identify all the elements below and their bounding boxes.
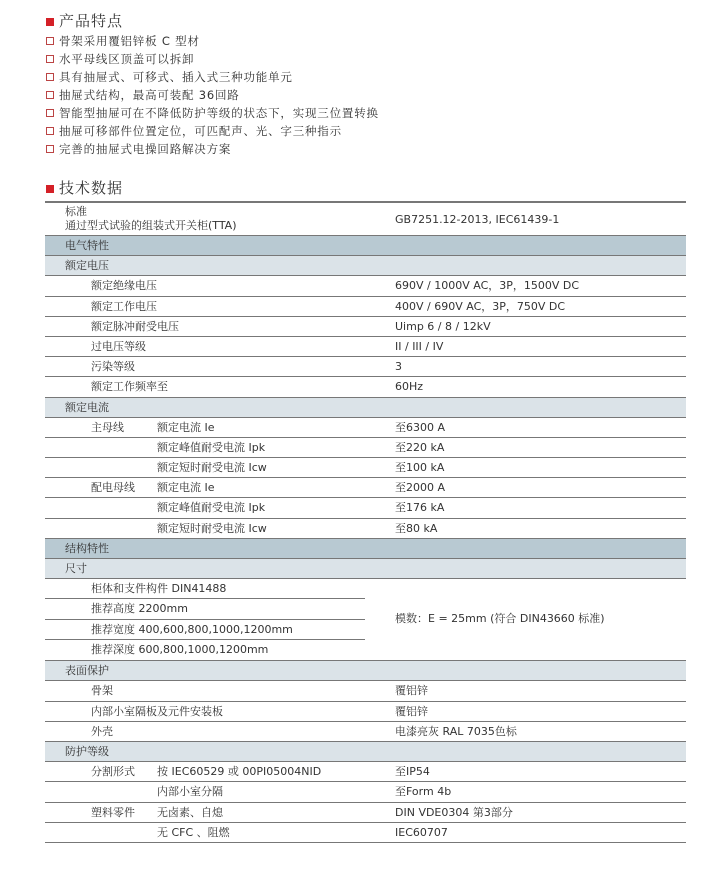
feature-item: 完善的抽屉式电操回路解决方案	[46, 140, 379, 158]
row-label: 骨架	[91, 681, 113, 700]
row-label: 额定电流 Ie	[157, 478, 215, 497]
checkbox-bullet-icon	[46, 109, 54, 117]
feature-text: 水平母线区顶盖可以拆卸	[59, 50, 194, 68]
row-group: 分割形式	[91, 762, 135, 781]
row-value: 至176 kA	[395, 498, 444, 517]
table-row: 额定短时耐受电流 Icw至100 kA	[45, 458, 686, 478]
row-value: 60Hz	[395, 377, 423, 396]
table-row: 配电母线额定电流 Ie至2000 A	[45, 478, 686, 498]
row-label: 过电压等级	[91, 337, 146, 356]
table-row: 额定工作频率至60Hz	[45, 377, 686, 397]
checkbox-bullet-icon	[46, 37, 54, 45]
features-list: 骨架采用覆铝锌板 C 型材水平母线区顶盖可以拆卸具有抽屉式、可移式、插入式三种功…	[46, 32, 379, 158]
table-row: 额定绝缘电压690V / 1000V AC，3P，1500V DC	[45, 276, 686, 296]
row-value: 至80 kA	[395, 519, 437, 538]
row-label: 内部小室分隔	[157, 782, 223, 801]
table-row: 内部小室隔板及元件安装板覆铝锌	[45, 702, 686, 722]
row-value: Uimp 6 / 8 / 12kV	[395, 317, 491, 336]
feature-text: 智能型抽屉可在不降低防护等级的状态下，实现三位置转换	[59, 104, 379, 122]
dimension-label: 推荐高度 2200mm	[91, 599, 188, 618]
subcategory-protection: 防护等级	[45, 742, 686, 762]
row-label: 额定短时耐受电流 Icw	[157, 458, 267, 477]
feature-text: 骨架采用覆铝锌板 C 型材	[59, 32, 200, 50]
red-square-icon	[46, 185, 54, 193]
row-value: 电漆亮灰 RAL 7035色标	[395, 722, 517, 741]
row-label: 额定峰值耐受电流 Ipk	[157, 498, 265, 517]
table-row: 主母线额定电流 Ie至6300 A	[45, 418, 686, 438]
row-value: IEC60707	[395, 823, 448, 842]
subcategory-dimensions: 尺寸	[45, 559, 686, 579]
row-label: 无卤素、自熄	[157, 803, 223, 822]
checkbox-bullet-icon	[46, 91, 54, 99]
table-row: 外壳电漆亮灰 RAL 7035色标	[45, 722, 686, 742]
tech-data-table: 标准 通过型式试验的组装式开关柜(TTA) GB7251.12-2013, IE…	[45, 201, 686, 843]
row-label: 额定峰值耐受电流 Ipk	[157, 438, 265, 457]
row-group: 主母线	[91, 418, 124, 437]
row-group: 塑料零件	[91, 803, 135, 822]
row-value: 至IP54	[395, 762, 430, 781]
row-value: 覆铝锌	[395, 681, 428, 700]
table-row: 过电压等级II / III / IV	[45, 337, 686, 357]
subcategory-voltage: 额定电压	[45, 256, 686, 276]
standard-row: 标准 通过型式试验的组装式开关柜(TTA) GB7251.12-2013, IE…	[45, 203, 686, 236]
red-square-icon	[46, 18, 54, 26]
table-row: 额定峰值耐受电流 Ipk至176 kA	[45, 498, 686, 518]
row-value: 至2000 A	[395, 478, 445, 497]
row-value: 400V / 690V AC，3P，750V DC	[395, 297, 565, 316]
dimension-label: 推荐宽度 400,600,800,1000,1200mm	[91, 620, 293, 639]
category-electrical: 电气特性	[45, 236, 686, 256]
table-row: 骨架覆铝锌	[45, 681, 686, 701]
row-label: 额定短时耐受电流 Icw	[157, 519, 267, 538]
row-label: 无 CFC 、阻燃	[157, 823, 230, 842]
row-value: 690V / 1000V AC，3P，1500V DC	[395, 276, 579, 295]
features-heading: 产品特点	[46, 10, 123, 31]
feature-item: 抽屉式结构，最高可装配 36回路	[46, 86, 379, 104]
row-value: DIN VDE0304 第3部分	[395, 803, 513, 822]
table-row: 额定脉冲耐受电压Uimp 6 / 8 / 12kV	[45, 317, 686, 337]
subcategory-current: 额定电流	[45, 398, 686, 418]
dimension-label: 推荐深度 600,800,1000,1200mm	[91, 640, 268, 659]
row-label: 额定电流 Ie	[157, 418, 215, 437]
feature-item: 水平母线区顶盖可以拆卸	[46, 50, 379, 68]
table-row: 无 CFC 、阻燃IEC60707	[45, 823, 686, 843]
row-label: 内部小室隔板及元件安装板	[91, 702, 223, 721]
table-row: 额定工作电压400V / 690V AC，3P，750V DC	[45, 297, 686, 317]
feature-text: 完善的抽屉式电操回路解决方案	[59, 140, 231, 158]
row-group: 配电母线	[91, 478, 135, 497]
table-row: 额定短时耐受电流 Icw至80 kA	[45, 519, 686, 539]
row-label: 按 IEC60529 或 00PI05004NID	[157, 762, 321, 781]
feature-text: 抽屉式结构，最高可装配 36回路	[59, 86, 240, 104]
feature-item: 具有抽屉式、可移式、插入式三种功能单元	[46, 68, 379, 86]
row-value: 至Form 4b	[395, 782, 451, 801]
dimension-row: 推荐深度 600,800,1000,1200mm	[45, 640, 365, 660]
row-label: 外壳	[91, 722, 113, 741]
feature-text: 具有抽屉式、可移式、插入式三种功能单元	[59, 68, 293, 86]
subcategory-surface: 表面保护	[45, 661, 686, 681]
feature-item: 骨架采用覆铝锌板 C 型材	[46, 32, 379, 50]
module-value: 模数：E = 25mm (符合 DIN43660 标准)	[395, 610, 605, 628]
checkbox-bullet-icon	[46, 127, 54, 135]
row-label: 额定工作频率至	[91, 377, 168, 396]
dimension-row: 推荐高度 2200mm	[45, 599, 365, 619]
feature-text: 抽屉可移部件位置定位，可匹配声、光、字三种指示	[59, 122, 342, 140]
checkbox-bullet-icon	[46, 55, 54, 63]
table-row: 塑料零件无卤素、自熄DIN VDE0304 第3部分	[45, 803, 686, 823]
row-value: 覆铝锌	[395, 702, 428, 721]
dimension-row: 柜体和支件构件 DIN41488	[45, 579, 365, 599]
checkbox-bullet-icon	[46, 145, 54, 153]
dimensions-block: 柜体和支件构件 DIN41488推荐高度 2200mm推荐宽度 400,600,…	[45, 579, 686, 661]
row-value: 至6300 A	[395, 418, 445, 437]
row-label: 污染等级	[91, 357, 135, 376]
row-label: 额定工作电压	[91, 297, 157, 316]
row-value: 3	[395, 357, 402, 376]
category-structural: 结构特性	[45, 539, 686, 559]
row-value: 至100 kA	[395, 458, 444, 477]
dimension-label: 柜体和支件构件 DIN41488	[91, 579, 226, 598]
table-row: 分割形式按 IEC60529 或 00PI05004NID至IP54	[45, 762, 686, 782]
row-value: II / III / IV	[395, 337, 443, 356]
table-row: 额定峰值耐受电流 Ipk至220 kA	[45, 438, 686, 458]
table-row: 内部小室分隔至Form 4b	[45, 782, 686, 802]
table-row: 污染等级3	[45, 357, 686, 377]
row-label: 额定脉冲耐受电压	[91, 317, 179, 336]
checkbox-bullet-icon	[46, 73, 54, 81]
tech-heading: 技术数据	[46, 177, 123, 198]
feature-item: 智能型抽屉可在不降低防护等级的状态下，实现三位置转换	[46, 104, 379, 122]
row-label: 额定绝缘电压	[91, 276, 157, 295]
feature-item: 抽屉可移部件位置定位，可匹配声、光、字三种指示	[46, 122, 379, 140]
dimension-row: 推荐宽度 400,600,800,1000,1200mm	[45, 620, 365, 640]
row-value: 至220 kA	[395, 438, 444, 457]
